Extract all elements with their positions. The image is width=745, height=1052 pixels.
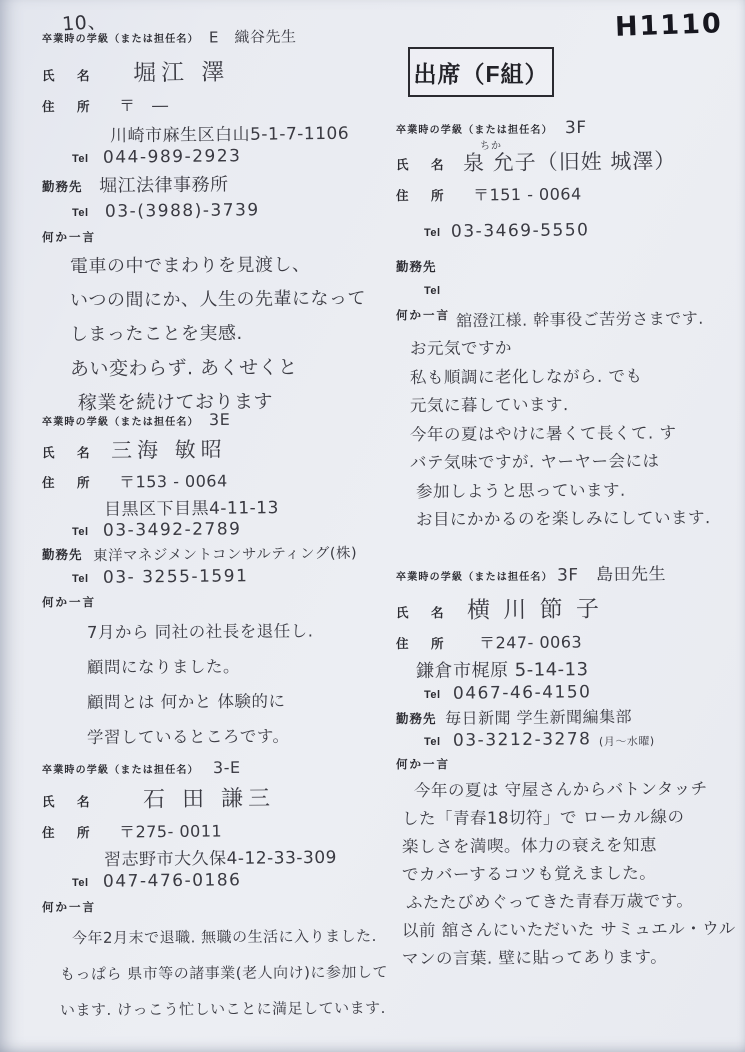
class-label: 卒業時の学級（または担任名） [42,30,199,45]
tel-row: Tel 03-3469-5550 [396,221,736,241]
class-label: 卒業時の学級（または担任名） [42,413,199,428]
tel-value: 0467-46-4150 [452,682,591,703]
tel-row: Tel 044-989-2923 [42,147,387,167]
class-value: 3-E [213,758,241,777]
tel-label: Tel [72,526,89,538]
address-value: 習志野市大久保4-12-33-309 [104,843,337,870]
comment-label-row: 何か一言 舘澄江様. 幹事役ご苦労さまです. [396,307,736,330]
comment-line: お元気ですか [410,333,736,364]
workplace-tel-row: Tel 03-(3988)-3739 [42,201,387,221]
address-row: 住 所 〒247- 0063 [396,630,741,653]
comment-line: 顧問とは 何かと 体験的に [87,683,387,720]
comment-line: 舘澄江様. 幹事役ご苦労さまです. [456,306,704,332]
tel-row: Tel 047-476-0186 [42,871,402,891]
postal-value: 〒151 - 0064 [472,181,581,205]
comment-text: 電車の中でまわりを見渡し、 いつの間にか、人生の先輩になって しまったことを実感… [70,249,387,419]
comment-line: マンの言葉. 壁に貼ってあります。 [402,943,741,973]
class-value: 3E [209,410,230,429]
name-value: 堀江 澤 [132,53,229,87]
comment-line: でカバーするコツも覚えました。 [402,859,741,889]
comment-label-row: 何か一言 [42,594,387,610]
tel-label: Tel [72,877,89,889]
comment-line: います. けっこう忙しいことに満足しています. [60,990,402,1028]
comment-label: 何か一言 [42,594,96,610]
comment-line: 学習しているところです。 [87,718,387,755]
name-row: 氏 名 石 田 謙三 [42,782,402,813]
address-row: 住 所 〒153 - 0064 [42,469,387,492]
tel-row: Tel 03-3492-2789 [42,520,387,540]
address-value: 目黒区下目黒4-11-13 [104,493,279,520]
comment-line: した「青春18切符」で ローカル線の [402,803,741,833]
address-line: 鎌倉市梶原 5-14-13 [416,656,741,682]
name-row: 氏 名 堀江 澤 [42,54,387,87]
workplace-tel-row: Tel [396,285,736,297]
postal-value: 〒 ― [118,93,168,117]
comment-line: 顧問になりました。 [87,648,387,685]
comment-label-row: 何か一言 [42,899,402,915]
class-value: 3F 島田先生 [557,559,666,585]
address-label: 住 所 [42,823,95,841]
class-row: 卒業時の学級（または担任名） 3F 島田先生 [396,560,741,585]
name-label: 氏 名 [42,792,95,810]
workplace-row: 勤務先 堀江法律事務所 [42,171,387,197]
address-row: 住 所 〒151 - 0064 [396,182,736,205]
workplace-row: 勤務先 [396,257,736,275]
comment-line: バテ気味ですが. ヤーヤー会には [410,447,736,478]
comment-label: 何か一言 [42,229,96,245]
tel-label: Tel [72,573,89,585]
workplace-tel-value: 03-(3988)-3739 [104,200,259,222]
address-value: 鎌倉市梶原 5-14-13 [416,655,589,683]
comment-line: 今年2月末で退職. 無職の生活に入りました. [72,918,402,956]
entry-mikai: 卒業時の学級（または担任名） 3E 氏 名 三海 敏昭 住 所 〒153 - 0… [42,410,387,754]
comment-line: ふたたびめぐってきた青春万歳です。 [406,887,741,917]
workplace-note: (月〜水曜) [599,733,655,750]
workplace-row: 勤務先 東洋マネジメントコンサルティング(株) [42,543,387,564]
tel-label: Tel [424,689,441,701]
comment-text: 今年の夏は 守屋さんからバトンタッチ した「青春18切符」で ローカル線の 楽し… [402,776,741,972]
tel-row: Tel 0467-46-4150 [396,683,741,703]
comment-line: しまったことを実感. [70,316,387,352]
class-label: 卒業時の学級（または担任名） [42,761,199,776]
workplace-value: 堀江法律事務所 [98,170,228,197]
comment-line: お目にかかるのを楽しみにしています. [416,504,736,535]
workplace-value: 毎日新聞 学生新聞編集部 [444,704,631,729]
address-label: 住 所 [42,97,95,115]
comment-text: 7月から 同社の社長を退任し. 顧問になりました。 顧問とは 何かと 体験的に … [87,614,387,754]
comment-line: いつの間にか、人生の先輩になって [70,282,387,318]
tel-value: 03-3469-5550 [450,220,589,241]
address-label: 住 所 [396,634,449,652]
tel-label: Tel [424,227,441,239]
name-value: 三海 敏昭 [110,433,226,464]
class-value: E 織谷先生 [209,26,297,48]
workplace-row: 勤務先 毎日新聞 学生新聞編集部 [396,705,741,728]
workplace-label: 勤務先 [42,545,83,563]
address-line: 習志野市大久保4-12-33-309 [104,844,402,869]
entry-ishida: 卒業時の学級（または担任名） 3-E 氏 名 石 田 謙三 住 所 〒275- … [42,758,402,1027]
class-label: 卒業時の学級（または担任名） [396,121,553,136]
postal-value: 〒247- 0063 [478,629,581,653]
comment-line: 7月から 同社の社長を退任し. [87,613,387,650]
entry-izumi: 卒業時の学級（または担任名） 3F ちか 氏 名 泉 允子（旧姓 城澤） 住 所… [396,118,736,534]
name-value: 横 川 節 子 [466,590,601,624]
tel-value: 047-476-0186 [102,870,241,891]
postal-value: 〒153 - 0064 [118,468,227,492]
comment-label-row: 何か一言 [396,756,741,772]
document-code: H1110 [614,8,723,43]
workplace-label: 勤務先 [396,709,437,727]
tel-label: Tel [72,153,89,165]
comment-line: 今年の夏はやけに暑くて長くて. す [410,418,736,449]
tel-label: Tel [424,736,441,748]
address-row: 住 所 〒275- 0011 [42,819,402,842]
name-label: 氏 名 [396,155,449,173]
tel-value: 044-989-2923 [102,146,241,167]
comment-line: 電車の中でまわりを見渡し、 [70,248,387,284]
comment-line: 今年の夏は 守屋さんからバトンタッチ [414,775,741,805]
comment-line: 元気に暮しています. [410,390,736,421]
name-value: 泉 允子（旧姓 城澤） [462,145,676,177]
name-row: 氏 名 横 川 節 子 [396,591,741,624]
address-row: 住 所 〒 ― [42,93,387,116]
workplace-tel-row: Tel 03- 3255-1591 [42,567,387,587]
comment-line: 楽しさを満喫。体力の衰えを知恵 [402,831,741,861]
class-row: 卒業時の学級（または担任名） E 織谷先生 [42,26,387,47]
tel-label: Tel [424,285,441,297]
tel-value: 03-3492-2789 [102,519,241,540]
comment-line: 以前 舘さんにいただいた サミュエル・ウル [402,915,741,945]
comment-label: 何か一言 [396,756,450,772]
comment-text: お元気ですか 私も順調に老化しながら. でも 元気に暮しています. 今年の夏はや… [410,334,736,534]
class-row: 卒業時の学級（または担任名） 3-E [42,758,402,777]
address-value: 川崎市麻生区白山5-1-7-1106 [110,119,349,147]
class-row: 卒業時の学級（または担任名） 3E [42,410,387,429]
comment-label-row: 何か一言 [42,229,387,245]
comment-text: 今年2月末で退職. 無職の生活に入りました. もっぱら 県市等の諸事業(老人向け… [60,919,402,1027]
attendance-title: 出席（F組） [413,56,548,89]
scanned-attendance-sheet: 10、 H1110 出席（F組） 卒業時の学級（または担任名） E 織谷先生 氏… [0,0,745,1052]
postal-value: 〒275- 0011 [118,818,221,842]
class-label: 卒業時の学級（または担任名） [396,568,553,583]
comment-line: あい変わらず. あくせくと [70,350,387,386]
class-row: 卒業時の学級（または担任名） 3F [396,118,736,138]
name-label: 氏 名 [42,66,95,84]
workplace-value: 東洋マネジメントコンサルティング(株) [92,542,356,566]
workplace-label: 勤務先 [396,257,437,275]
name-value: 石 田 謙三 [142,781,274,813]
address-line: 川崎市麻生区白山5-1-7-1106 [110,120,387,145]
entry-yokokawa: 卒業時の学級（または担任名） 3F 島田先生 氏 名 横 川 節 子 住 所 〒… [396,560,741,972]
tel-label: Tel [72,207,89,219]
comment-label: 何か一言 [396,307,450,323]
address-label: 住 所 [396,186,449,204]
attendance-title-box: 出席（F組） [408,47,554,97]
comment-line: もっぱら 県市等の諸事業(老人向け)に参加して [60,954,402,992]
workplace-tel-value: 03-3212-3278 [452,729,591,750]
workplace-label: 勤務先 [42,177,83,195]
name-row: ちか 氏 名 泉 允子（旧姓 城澤） [396,146,736,176]
workplace-tel-value: 03- 3255-1591 [102,566,248,588]
name-row: 氏 名 三海 敏昭 [42,434,387,464]
name-label: 氏 名 [42,443,95,461]
entry-horie: 卒業時の学級（または担任名） E 織谷先生 氏 名 堀江 澤 住 所 〒 ― 川… [42,26,387,419]
comment-label: 何か一言 [42,899,96,915]
workplace-tel-row: Tel 03-3212-3278 (月〜水曜) [396,730,741,750]
address-line: 目黒区下目黒4-11-13 [104,494,387,519]
comment-line: 私も順調に老化しながら. でも [410,361,736,392]
class-value: 3F [565,118,587,138]
name-label: 氏 名 [396,603,449,621]
address-label: 住 所 [42,473,95,491]
comment-line: 参加しようと思っています. [416,475,736,506]
